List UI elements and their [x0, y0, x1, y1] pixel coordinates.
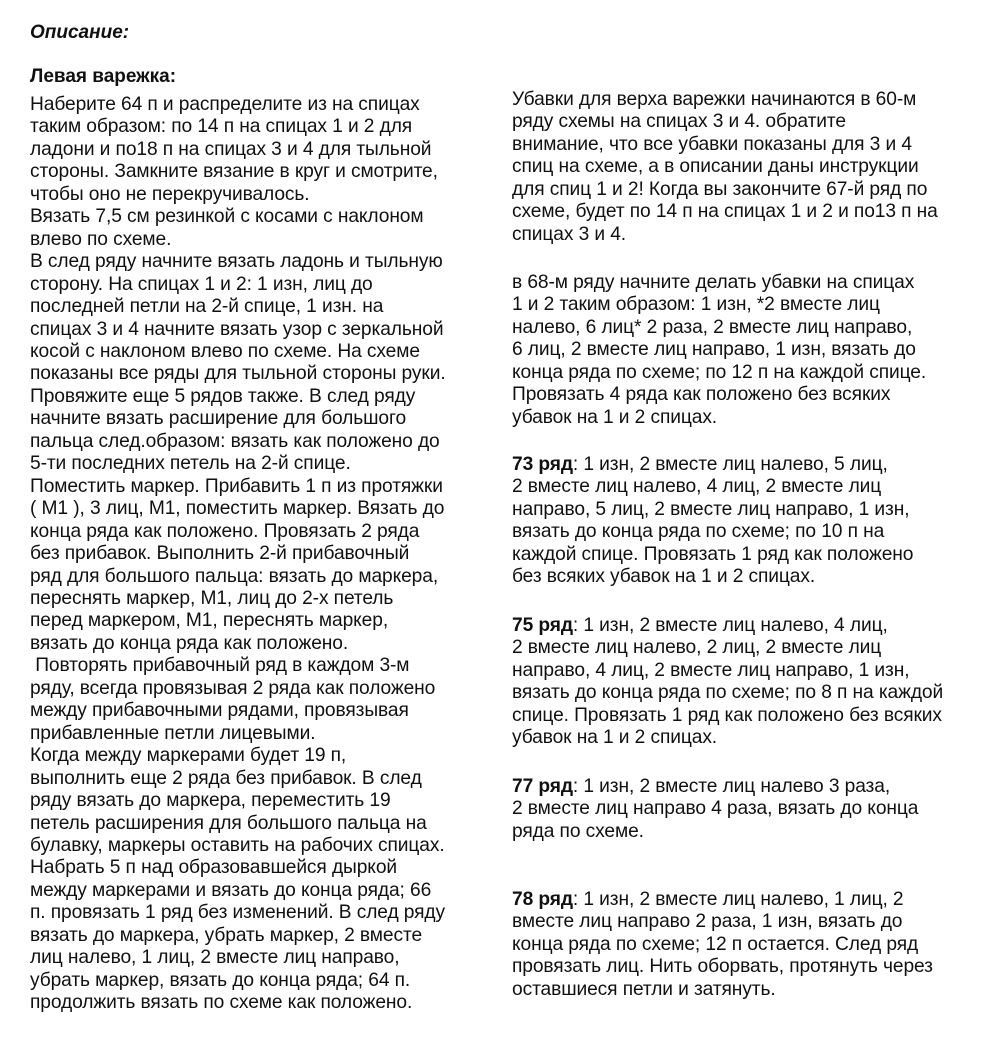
- row-78-line: вместе лиц направо 2 раза, 1 изн, вязать…: [512, 911, 992, 933]
- row-73-line: вязать до конца ряда по схеме; по 10 п н…: [512, 521, 992, 543]
- row-73-paragraph: 73 ряд: 1 изн, 2 вместе лиц налево, 5 ли…: [512, 454, 992, 589]
- row-75-line: направо, 4 лиц, 2 вместе лиц направо, 1 …: [512, 660, 992, 682]
- row-78-line: конца ряда по схеме; 12 п остается. След…: [512, 934, 992, 956]
- left-line: Поместить маркер. Прибавить 1 п из протя…: [30, 476, 500, 498]
- left-line: ряду, всегда провязывая 2 ряда как полож…: [30, 678, 500, 700]
- row-73-line: без всяких убавок на 1 и 2 спицах.: [512, 566, 992, 588]
- left-line: прибавленные петли лицевыми.: [30, 723, 500, 745]
- left-line: петель расширения для большого пальца на: [30, 813, 500, 835]
- left-line: ряду вязать до маркера, переместить 19: [30, 790, 500, 812]
- row-73-line: каждой спице. Провязать 1 ряд как положе…: [512, 544, 992, 566]
- row-68-line: 1 и 2 таким образом: 1 изн, *2 вместе ли…: [512, 294, 992, 316]
- row-68-line: Провязать 4 ряда как положено без всяких: [512, 384, 992, 406]
- row-75-line: вязать до конца ряда по схеме; по 8 п на…: [512, 682, 992, 704]
- row-77-paragraph: 77 ряд: 1 изн, 2 вместе лиц налево 3 раз…: [512, 776, 992, 843]
- row-75-label: 75 ряд: [512, 615, 573, 636]
- row-68-line: налево, 6 лиц* 2 раза, 2 вместе лиц напр…: [512, 317, 992, 339]
- row-75-line: убавок на 1 и 2 спицах.: [512, 727, 992, 749]
- row-78-line: провязать лиц. Нить оборвать, протянуть …: [512, 956, 992, 978]
- row-68-line: 6 лиц, 2 вместе лиц направо, 1 изн, вяза…: [512, 339, 992, 361]
- row-68-line: в 68-м ряду начните делать убавки на спи…: [512, 272, 992, 294]
- intro-line: схеме, будет по 14 п на спицах 1 и 2 и п…: [512, 201, 992, 223]
- row-73-line: 2 вместе лиц налево, 4 лиц, 2 вместе лиц: [512, 476, 992, 498]
- left-line: переснять маркер, М1, лиц до 2-х петель: [30, 588, 500, 610]
- row-73-line: направо, 5 лиц, 2 вместе лиц направо, 1 …: [512, 499, 992, 521]
- intro-line: ряду схемы на спицах 3 и 4. обратите: [512, 111, 992, 133]
- left-line: показаны все ряды для тыльной стороны ру…: [30, 363, 500, 385]
- row-75-first-line: : 1 изн, 2 вместе лиц налево, 4 лиц,: [573, 615, 888, 636]
- left-line: Набрать 5 п над образовавшейся дыркой: [30, 857, 500, 879]
- decrease-intro-paragraph: Убавки для верха варежки начинаются в 60…: [512, 89, 992, 246]
- row-78-label: 78 ряд: [512, 889, 573, 910]
- left-line: п. провязать 1 ряд без изменений. В след…: [30, 902, 500, 924]
- left-line: убрать маркер, вязать до конца ряда; 64 …: [30, 970, 500, 992]
- row-78-line: оставшиеся петли и затянуть.: [512, 979, 992, 1001]
- row-68-paragraph: в 68-м ряду начните делать убавки на спи…: [512, 272, 992, 429]
- left-line: продолжить вязать по схеме как положено.: [30, 992, 500, 1014]
- row-78-first-line: : 1 изн, 2 вместе лиц налево, 1 лиц, 2: [573, 889, 904, 910]
- intro-line: Убавки для верха варежки начинаются в 60…: [512, 89, 992, 111]
- row-68-line: убавок на 1 и 2 спицах.: [512, 407, 992, 429]
- row-75-line: спице. Провязать 1 ряд как положено без …: [512, 705, 992, 727]
- left-line: вязать до маркера, убрать маркер, 2 вмес…: [30, 925, 500, 947]
- row-68-line: конца ряда по схеме; по 12 п на каждой с…: [512, 362, 992, 384]
- left-line: сторону. На спицах 1 и 2: 1 изн, лиц до: [30, 274, 500, 296]
- left-line: стороны. Замкните вязание в круг и смотр…: [30, 161, 500, 183]
- left-line: Повторять прибавочный ряд в каждом 3-м: [30, 655, 500, 677]
- left-line: косой с наклоном влево по схеме. На схем…: [30, 341, 500, 363]
- row-77-line: ряда по схеме.: [512, 821, 992, 843]
- left-line: ладони и по18 п на спицах 3 и 4 для тыль…: [30, 139, 500, 161]
- row-73-first-line: : 1 изн, 2 вместе лиц налево, 5 лиц,: [573, 454, 888, 475]
- left-line: Вязать 7,5 см резинкой с косами с наклон…: [30, 206, 500, 228]
- section-heading-description: Описание:: [30, 21, 129, 45]
- left-line: ряд для большого пальца: вязать до марке…: [30, 566, 500, 588]
- intro-line: внимание, что все убавки показаны для 3 …: [512, 134, 992, 156]
- left-line: Провяжите еще 5 рядов также. В след ряду: [30, 386, 500, 408]
- left-line: булавку, маркеры оставить на рабочих спи…: [30, 835, 500, 857]
- left-line: чтобы оно не перекручивалось.: [30, 184, 500, 206]
- left-line: Наберите 64 п и распределите из на спица…: [30, 94, 500, 116]
- left-line: без прибавок. Выполнить 2-й прибавочный: [30, 543, 500, 565]
- row-77-line: 2 вместе лиц направо 4 раза, вязать до к…: [512, 798, 992, 820]
- left-line: начните вязать расширение для большого: [30, 408, 500, 430]
- left-line: влево по схеме.: [30, 229, 500, 251]
- row-77-first-line: : 1 изн, 2 вместе лиц налево 3 раза,: [573, 776, 890, 797]
- intro-line: спицах 3 и 4.: [512, 224, 992, 246]
- left-line: вязать до конца ряда как положено.: [30, 633, 500, 655]
- left-line: между прибавочными рядами, провязывая: [30, 700, 500, 722]
- left-line: между маркерами и вязать до конца ряда; …: [30, 880, 500, 902]
- left-line: выполнить еще 2 ряда без прибавок. В сле…: [30, 768, 500, 790]
- row-73-label: 73 ряд: [512, 454, 573, 475]
- intro-line: для спиц 1 и 2! Когда вы закончите 67-й …: [512, 179, 992, 201]
- left-line: пальца след.образом: вязать как положено…: [30, 431, 500, 453]
- row-75-line: 2 вместе лиц налево, 2 лиц, 2 вместе лиц: [512, 637, 992, 659]
- left-line: конца ряда как положено. Провязать 2 ряд…: [30, 521, 500, 543]
- row-77-label: 77 ряд: [512, 776, 573, 797]
- row-78-paragraph: 78 ряд: 1 изн, 2 вместе лиц налево, 1 ли…: [512, 889, 992, 1001]
- left-line: лиц налево, 1 лиц, 2 вместе лиц направо,: [30, 947, 500, 969]
- row-75-paragraph: 75 ряд: 1 изн, 2 вместе лиц налево, 4 ли…: [512, 615, 992, 750]
- left-column-instructions: Наберите 64 п и распределите из на спица…: [30, 94, 500, 1015]
- left-line: Когда между маркерами будет 19 п,: [30, 745, 500, 767]
- section-heading-left-mitten: Левая варежка:: [30, 65, 176, 89]
- left-line: ( М1 ), 3 лиц, М1, поместить маркер. Вяз…: [30, 498, 500, 520]
- left-line: последней петли на 2-й спице, 1 изн. на: [30, 296, 500, 318]
- left-line: спицах 3 и 4 начните вязать узор с зерка…: [30, 319, 500, 341]
- left-line: перед маркером, М1, переснять маркер,: [30, 610, 500, 632]
- left-line: таким образом: по 14 п на спицах 1 и 2 д…: [30, 116, 500, 138]
- left-line: 5-ти последних петель на 2-й спице.: [30, 453, 500, 475]
- left-line: В след ряду начните вязать ладонь и тыль…: [30, 251, 500, 273]
- intro-line: спиц на схеме, а в описании даны инструк…: [512, 156, 992, 178]
